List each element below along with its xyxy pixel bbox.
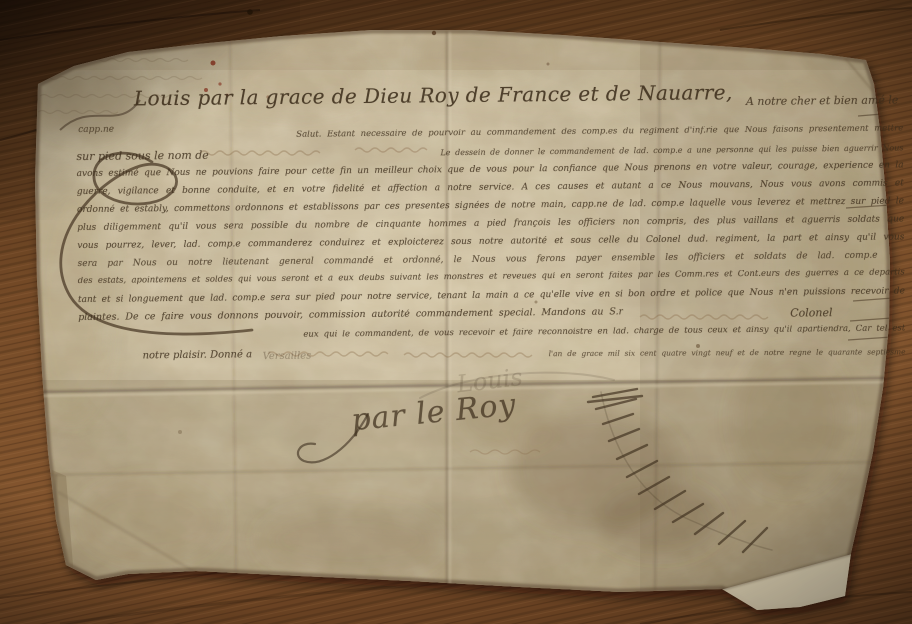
body-line: plaintes. De ce faire vous donnons pouvo… xyxy=(78,307,623,328)
royal-intitulation: Louis par la grace de Dieu Roy de France… xyxy=(134,81,733,110)
par-le-roy-countersign: par le Roy xyxy=(350,388,518,438)
margin-annotation-cappne: capp.ne xyxy=(78,125,114,136)
address-clause: A notre cher et bien amé le xyxy=(746,94,899,108)
photo-of-parchment-document: Louis par la grace de Dieu Roy de France… xyxy=(0,0,912,624)
dating-clause-start: notre plaisir. Donné a xyxy=(143,349,253,362)
body-line: Salut. Estant necessaire de pourvoir au … xyxy=(296,124,903,145)
colonel-word: Colonel xyxy=(790,307,832,320)
dating-clause-end: l'an de grace mil six cent quatre vingt … xyxy=(549,348,906,365)
manuscript-text: Louis par la grace de Dieu Roy de France… xyxy=(0,0,912,624)
body-line: sur pied sous le nom de xyxy=(76,150,208,164)
dating-place-faint: Versailles xyxy=(263,351,312,363)
body-line: eux qui le commandent, de vous recevoir … xyxy=(303,324,905,345)
